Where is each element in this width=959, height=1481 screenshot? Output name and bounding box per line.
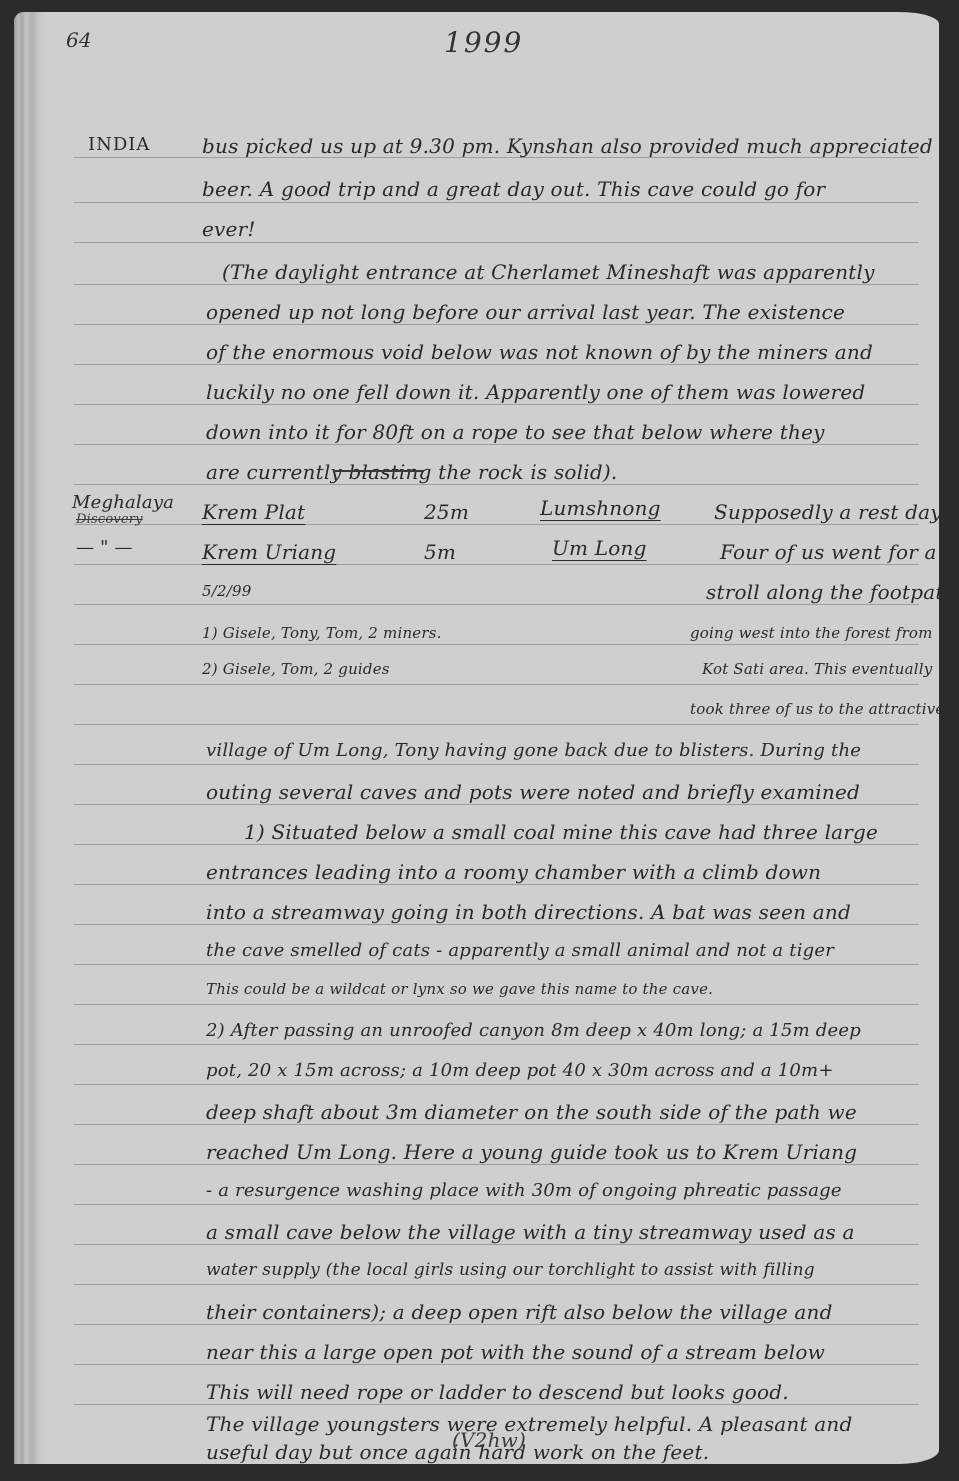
ruled-line [74, 524, 919, 525]
ruled-line [74, 1124, 919, 1125]
text-line: beer. A good trip and a great day out. T… [202, 177, 825, 201]
ruled-line [74, 764, 919, 765]
team-line: 1) Gisele, Tony, Tom, 2 miners. [202, 624, 442, 642]
ruled-line [74, 564, 919, 565]
cave-name: Krem Plat [202, 500, 305, 524]
text-line: village of Um Long, Tony having gone bac… [206, 740, 861, 761]
text-line: Four of us went for a [720, 540, 937, 564]
text-line: deep shaft about 3m diameter on the sout… [206, 1100, 857, 1124]
cave-length: 5m [424, 540, 456, 564]
text-line: Kot Sati area. This eventually [702, 660, 932, 678]
ruled-line [74, 604, 919, 605]
ruled-line [74, 1404, 919, 1405]
ruled-line [74, 1044, 919, 1045]
text-line: 2) After passing an unroofed canyon 8m d… [206, 1020, 861, 1041]
ruled-line [74, 1204, 919, 1205]
ruled-line [74, 242, 919, 243]
text-line: bus picked us up at 9.30 pm. Kynshan als… [202, 134, 933, 158]
text-line: took three of us to the attractive [690, 700, 939, 718]
ruled-line [74, 284, 919, 285]
text-line: into a streamway going in both direction… [206, 900, 851, 924]
ruled-line [74, 324, 919, 325]
text-line: (The daylight entrance at Cherlamet Mine… [222, 260, 875, 284]
text-line: down into it for 80ft on a rope to see t… [206, 420, 825, 444]
margin-label-struck: Discovery [76, 512, 143, 527]
text-line: reached Um Long. Here a young guide took… [206, 1140, 857, 1164]
ruled-line [74, 1004, 919, 1005]
team-line: 2) Gisele, Tom, 2 guides [202, 660, 390, 678]
text-line: pot, 20 x 15m across; a 10m deep pot 40 … [206, 1060, 834, 1081]
text-line: Supposedly a rest day [714, 500, 939, 524]
ruled-line [74, 964, 919, 965]
ruled-line [74, 444, 919, 445]
text-line: of the enormous void below was not known… [206, 340, 873, 364]
cave-location: Um Long [552, 536, 647, 560]
text-line: luckily no one fell down it. Apparently … [206, 380, 865, 404]
ruled-line [74, 404, 919, 405]
ruled-line [74, 844, 919, 845]
author-signature: (V2hw) [452, 1428, 526, 1452]
ruled-line [74, 1084, 919, 1085]
ruled-line [74, 684, 919, 685]
text-line: are currently blasting the rock is solid… [206, 460, 617, 484]
text-line: going west into the forest from [690, 624, 933, 642]
margin-label-meghalaya: Meghalaya [72, 492, 174, 513]
ruled-line [74, 1364, 919, 1365]
cave-length: 25m [424, 500, 469, 524]
text-line: near this a large open pot with the soun… [206, 1340, 825, 1364]
ruled-line [74, 1284, 919, 1285]
text-line: 1) Situated below a small coal mine this… [244, 820, 878, 844]
text-line: water supply (the local girls using our … [206, 1260, 815, 1280]
page-year: 1999 [444, 26, 523, 59]
margin-label-india: INDIA [88, 134, 150, 155]
cave-location: Lumshnong [540, 496, 661, 520]
section-divider [334, 470, 424, 472]
ruled-line [74, 1164, 919, 1165]
ruled-line [74, 1324, 919, 1325]
margin-ditto: — " — [76, 537, 133, 558]
text-line: This could be a wildcat or lynx so we ga… [206, 980, 713, 998]
ruled-line [74, 1244, 919, 1245]
ruled-line [74, 202, 919, 203]
text-line: their containers); a deep open rift also… [206, 1300, 833, 1324]
ruled-line [74, 924, 919, 925]
ruled-line [74, 804, 919, 805]
text-line: a small cave below the village with a ti… [206, 1220, 855, 1244]
text-line: ever! [202, 217, 256, 241]
notebook-page: 64 1999 INDIA bus picked us up at 9.30 p… [14, 12, 939, 1464]
page-number: 64 [66, 28, 92, 52]
cave-name: Krem Uriang [202, 540, 336, 564]
text-line: - a resurgence washing place with 30m of… [206, 1180, 842, 1201]
ruled-line [74, 724, 919, 725]
entry-date: 5/2/99 [202, 582, 251, 600]
text-line: The village youngsters were extremely he… [206, 1412, 853, 1436]
text-line: the cave smelled of cats - apparently a … [206, 940, 834, 961]
page-binding [14, 12, 46, 1464]
text-line: This will need rope or ladder to descend… [206, 1380, 789, 1404]
ruled-line [74, 364, 919, 365]
text-line: opened up not long before our arrival la… [206, 300, 845, 324]
text-line: entrances leading into a roomy chamber w… [206, 860, 821, 884]
ruled-line [74, 484, 919, 485]
ruled-line [74, 884, 919, 885]
ruled-line [74, 644, 919, 645]
text-line: outing several caves and pots were noted… [206, 780, 860, 804]
text-line: stroll along the footpath [706, 580, 939, 604]
